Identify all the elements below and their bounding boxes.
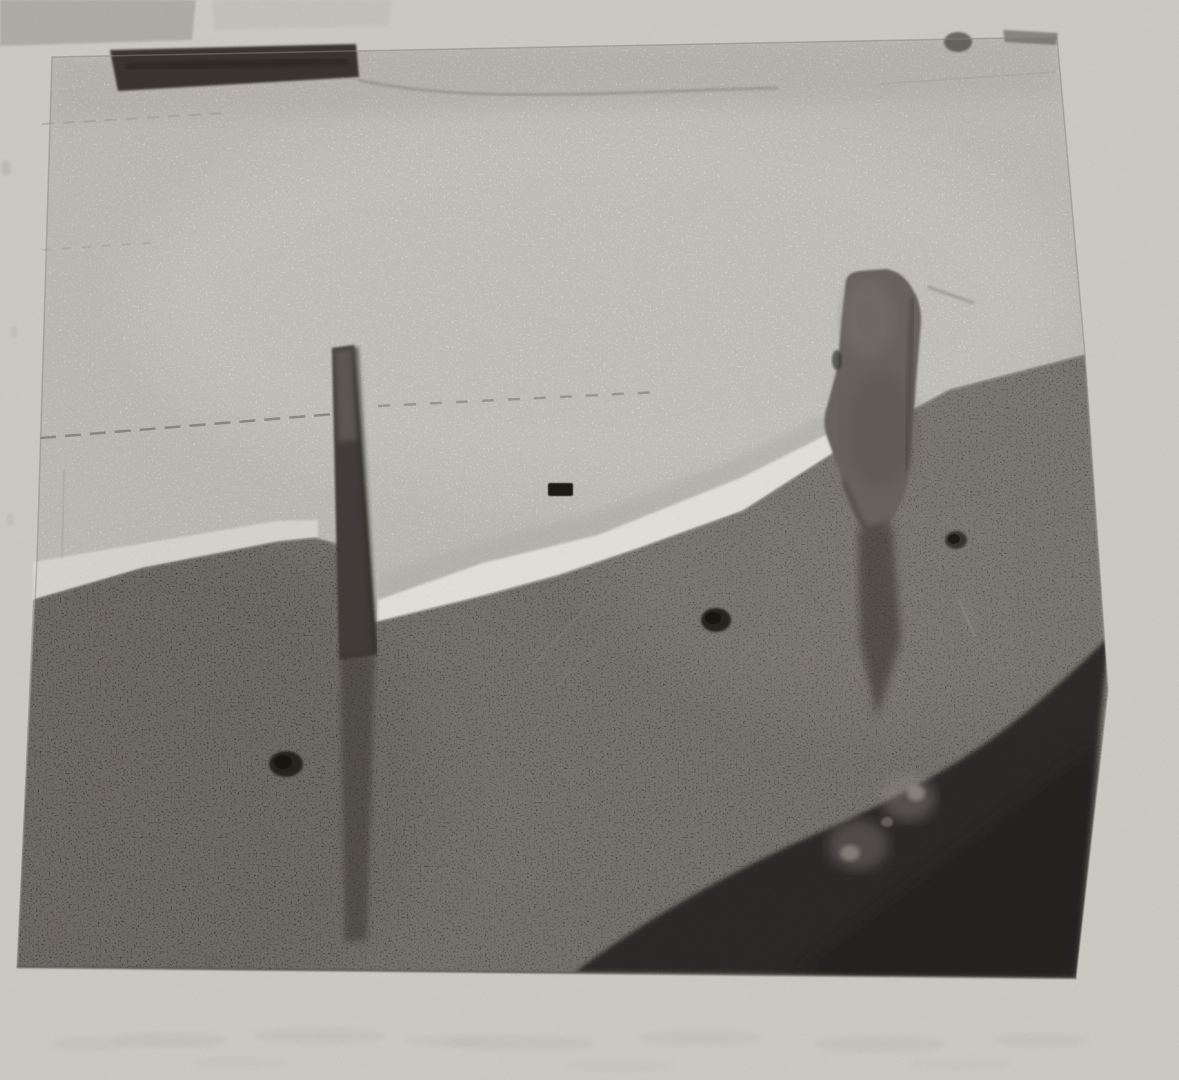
halftone-photograph-scan <box>0 0 1179 1080</box>
scene-root <box>0 0 1179 1080</box>
photocopied-document-page <box>0 0 1179 1080</box>
paper-tooth-grain <box>0 0 1179 1080</box>
